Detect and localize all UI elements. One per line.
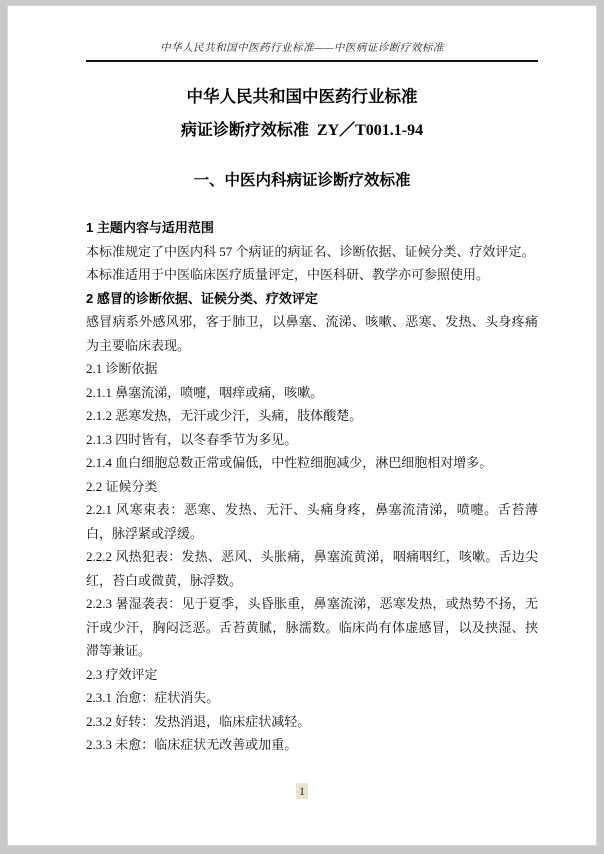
clause-text: 2.3.2 好转：发热消退，临床症状减轻。 xyxy=(86,710,538,734)
clause-text: 本标准适用于中医临床医疗质量评定，中医科研、教学亦可参照使用。 xyxy=(86,263,538,287)
clause-text: 2.2.3 暑湿袭表：见于夏季，头昏胀重，鼻塞流涕，恶寒发热，或热势不扬，无汗或… xyxy=(86,592,538,663)
standard-code: ZY／T001.1-94 xyxy=(317,122,423,139)
clause-text: 2.3.3 未愈：临床症状无改善或加重。 xyxy=(86,733,538,757)
clause-text: 2.3 疗效评定 xyxy=(86,663,538,687)
document-body: 1 主题内容与适用范围本标准规定了中医内科 57 个病证的病证名、诊断依据、证候… xyxy=(86,216,538,757)
header-rule xyxy=(86,60,538,62)
running-header: 中华人民共和国中医药行业标准——中医病证诊断疗效标准 xyxy=(7,41,597,56)
clause-heading: 1 主题内容与适用范围 xyxy=(86,216,538,240)
clause-text: 2.3.1 治愈：症状消失。 xyxy=(86,686,538,710)
document-title: 中华人民共和国中医药行业标准 xyxy=(7,87,597,107)
clause-text: 2.1.4 血白细胞总数正常或偏低，中性粒细胞减少，淋巴细胞相对增多。 xyxy=(86,451,538,475)
clause-text: 2.2 证候分类 xyxy=(86,475,538,499)
document-subtitle: 病证诊断疗效标准ZY／T001.1-94 xyxy=(7,121,597,141)
page-number: 1 xyxy=(296,783,308,799)
clause-text: 感冒病系外感风邪，客于肺卫，以鼻塞、流涕、咳嗽、恶寒、发热、头身疼痛为主要临床表… xyxy=(86,310,538,357)
clause-text: 2.2.1 风寒束表：恶寒、发热、无汗、头痛身疼，鼻塞流清涕，喷嚏。舌苔薄白，脉… xyxy=(86,498,538,545)
clause-heading: 2 感冒的诊断依据、证候分类、疗效评定 xyxy=(86,287,538,311)
clause-text: 2.1.3 四时皆有，以冬春季节为多见。 xyxy=(86,428,538,452)
clause-text: 2.1 诊断依据 xyxy=(86,357,538,381)
page-footer: 1 xyxy=(7,783,597,799)
clause-text: 2.2.2 风热犯表：发热、恶风、头胀痛，鼻塞流黄涕，咽痛咽红，咳嗽。舌边尖红，… xyxy=(86,545,538,592)
part-heading: 一、中医内科病证诊断疗效标准 xyxy=(7,171,597,190)
subtitle-chinese: 病证诊断疗效标准 xyxy=(181,122,309,139)
document-page: 中华人民共和国中医药行业标准——中医病证诊断疗效标准 中华人民共和国中医药行业标… xyxy=(7,5,597,846)
clause-text: 本标准规定了中医内科 57 个病证的病证名、诊断依据、证候分类、疗效评定。 xyxy=(86,240,538,264)
viewer-background: { "page": { "running_header": "中华人民共和国中医… xyxy=(0,0,604,854)
clause-text: 2.1.1 鼻塞流涕，喷嚏，咽痒或痛，咳嗽。 xyxy=(86,381,538,405)
clause-text: 2.1.2 恶寒发热，无汗或少汗，头痛，肢体酸楚。 xyxy=(86,404,538,428)
